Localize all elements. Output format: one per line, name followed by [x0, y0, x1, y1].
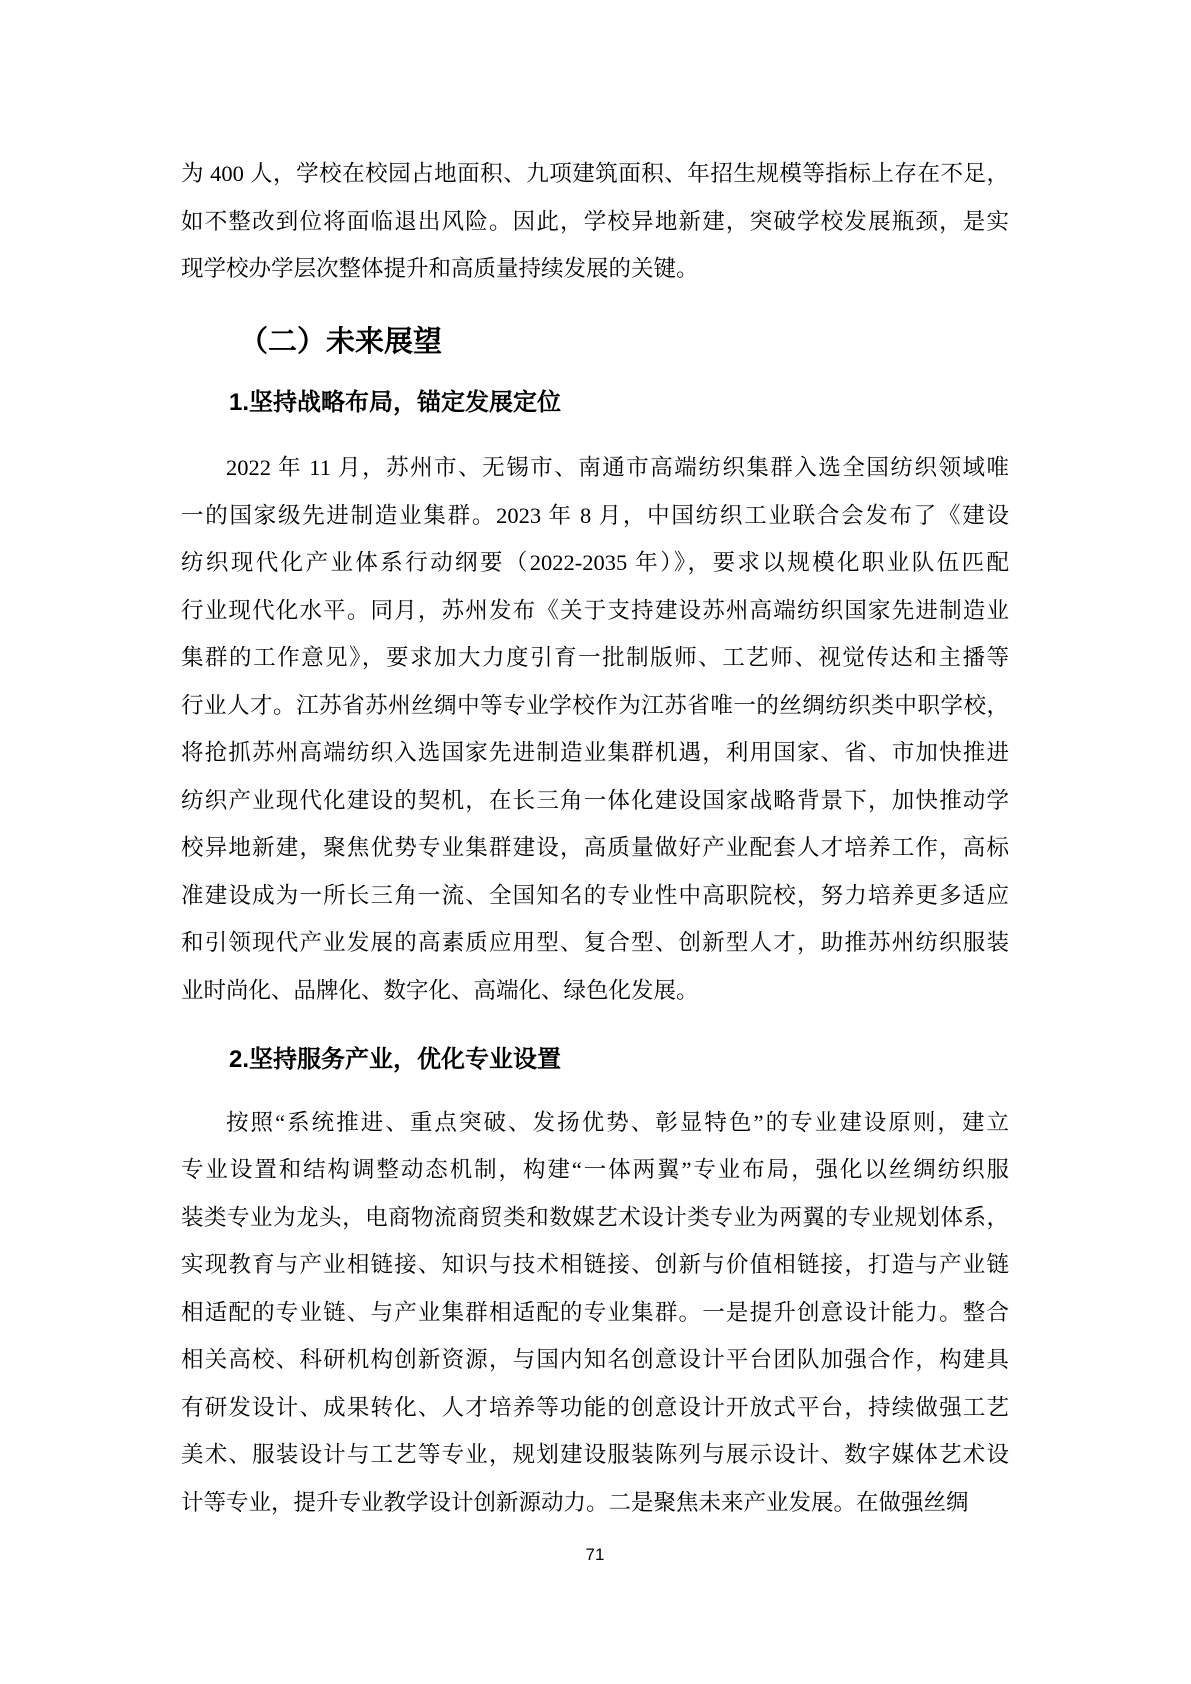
text-line: 2022 年 11 月，苏州市、无锡市、南通市高端纺织集群入选全国纺织领域唯	[181, 444, 1009, 492]
text-line: 如不整改到位将面临退出风险。因此，学校异地新建，突破学校发展瓶颈，是实	[181, 198, 1009, 246]
text-line: 纺织现代化产业体系行动纲要（2022-2035 年）》，要求以规模化职业队伍匹配	[181, 539, 1009, 587]
subsection-2-heading: 2.坚持服务产业，优化专业设置	[181, 1036, 1009, 1084]
text-line: 有研发设计、成果转化、人才培养等功能的创意设计开放式平台，持续做强工艺	[181, 1384, 1009, 1432]
text-line: 和引领现代产业发展的高素质应用型、复合型、创新型人才，助推苏州纺织服装	[181, 919, 1009, 967]
text-line: 相适配的专业链、与产业集群相适配的专业集群。一是提升创意设计能力。整合	[181, 1289, 1009, 1337]
page-content: 为 400 人，学校在校园占地面积、九项建筑面积、年招生规模等指标上存在不足，如…	[181, 150, 1009, 1526]
text-line: 纺织产业现代化建设的契机，在长三角一体化建设国家战略背景下，加快推动学	[181, 777, 1009, 825]
text-line: 一的国家级先进制造业集群。2023 年 8 月，中国纺织工业联合会发布了《建设	[181, 492, 1009, 540]
page-number: 71	[586, 1545, 605, 1564]
paragraph-continuation: 为 400 人，学校在校园占地面积、九项建筑面积、年招生规模等指标上存在不足，如…	[181, 150, 1009, 293]
paragraph-industry: 按照“系统推进、重点突破、发扬优势、彰显特色”的专业建设原则，建立专业设置和结构…	[181, 1099, 1009, 1527]
text-line: 按照“系统推进、重点突破、发扬优势、彰显特色”的专业建设原则，建立	[181, 1099, 1009, 1147]
text-line: 将抢抓苏州高端纺织入选国家先进制造业集群机遇，利用国家、省、市加快推进	[181, 729, 1009, 777]
text-line: 专业设置和结构调整动态机制，构建“一体两翼”专业布局，强化以丝绸纺织服	[181, 1146, 1009, 1194]
text-line: 现学校办学层次整体提升和高质量持续发展的关键。	[181, 245, 1009, 293]
text-line: 行业人才。江苏省苏州丝绸中等专业学校作为江苏省唯一的丝绸纺织类中职学校，	[181, 682, 1009, 730]
text-line: 装类专业为龙头，电商物流商贸类和数媒艺术设计类专业为两翼的专业规划体系，	[181, 1194, 1009, 1242]
text-line: 集群的工作意见》，要求加大力度引育一批制版师、工艺师、视觉传达和主播等	[181, 634, 1009, 682]
text-line: 美术、服装设计与工艺等专业，规划建设服装陈列与展示设计、数字媒体艺术设	[181, 1431, 1009, 1479]
text-line: 准建设成为一所长三角一流、全国知名的专业性中高职院校，努力培养更多适应	[181, 872, 1009, 920]
page-footer: 71	[181, 1545, 1009, 1565]
text-line: 业时尚化、品牌化、数字化、高端化、绿色化发展。	[181, 967, 1009, 1015]
paragraph-strategy: 2022 年 11 月，苏州市、无锡市、南通市高端纺织集群入选全国纺织领域唯一的…	[181, 444, 1009, 1014]
text-line: 为 400 人，学校在校园占地面积、九项建筑面积、年招生规模等指标上存在不足，	[181, 150, 1009, 198]
subsection-1-heading: 1.坚持战略布局，锚定发展定位	[181, 379, 1009, 427]
document-page: 为 400 人，学校在校园占地面积、九项建筑面积、年招生规模等指标上存在不足，如…	[0, 0, 1191, 1684]
text-line: 校异地新建，聚焦优势专业集群建设，高质量做好产业配套人才培养工作，高标	[181, 824, 1009, 872]
section-heading: （二）未来展望	[181, 317, 1009, 367]
text-line: 相关高校、科研机构创新资源，与国内知名创意设计平台团队加强合作，构建具	[181, 1336, 1009, 1384]
text-line: 行业现代化水平。同月，苏州发布《关于支持建设苏州高端纺织国家先进制造业	[181, 587, 1009, 635]
text-line: 计等专业，提升专业教学设计创新源动力。二是聚焦未来产业发展。在做强丝绸	[181, 1479, 1009, 1527]
text-line: 实现教育与产业相链接、知识与技术相链接、创新与价值相链接，打造与产业链	[181, 1241, 1009, 1289]
